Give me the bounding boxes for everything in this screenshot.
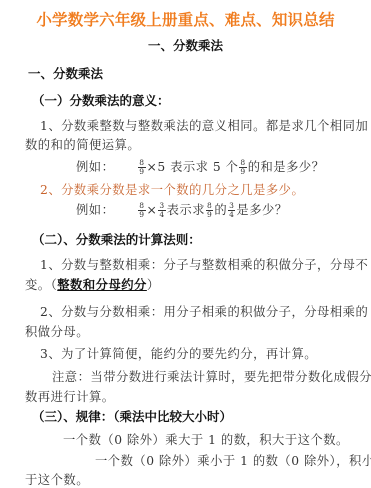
fraction: 34 (228, 202, 235, 219)
fraction: 89 (138, 159, 145, 176)
paragraph-line: 变。（整数和分母约分） (25, 275, 160, 293)
example-label: 例如： (76, 160, 114, 174)
example-line: 例如： 89×34表示求89的34是多少？ (76, 200, 288, 219)
chapter-subtitle: 一、分数乘法 (0, 36, 371, 54)
note-line: 数再进行计算。 (25, 387, 115, 405)
paragraph-line: 2、分数与分数相乘：用分子相乘的积做分子，分母相乘的 (40, 302, 368, 320)
paragraph-line: 3、为了计算简便，能约分的要先约分，再计算。 (40, 344, 317, 362)
note-line: 注意：当带分数进行乘法计算时，要先把带分数化成假分 (52, 367, 371, 385)
paragraph-line: 数的和的简便运算。 (25, 135, 140, 153)
fraction: 89 (206, 202, 213, 219)
document-title: 小学数学六年级上册重点、难点、知识总结 (0, 8, 371, 30)
fraction: 89 (239, 159, 246, 176)
paragraph-line: 1、分数乘整数与整数乘法的意义相同。都是求几个相同加 (40, 116, 368, 134)
highlighted-definition: 2、分数乘分数是求一个数的几分之几是多少。 (40, 180, 304, 198)
subsection-heading-rules: （二）、分数乘法的计算法则： (32, 230, 201, 248)
section-heading: 一、分数乘法 (28, 64, 103, 82)
fraction: 89 (138, 202, 145, 219)
rule-line: 一个数（0 除外）乘小于 1 的数（0 除外），积小 (95, 451, 371, 469)
rule-line: 于这个数。 (25, 470, 89, 488)
subsection-heading-meaning: （一）分数乘法的意义： (32, 91, 170, 109)
subsection-heading-patterns: （三）、规律：（乘法中比较大小时） (32, 407, 232, 425)
paragraph-line: 1、分数与整数相乘：分子与整数相乘的积做分子，分母不 (40, 255, 368, 273)
example-line: 例如： 89×5 表示求 5 个89的和是多少？ (76, 157, 324, 176)
fraction: 34 (158, 202, 165, 219)
emphasis-underlined: 整数和分母约分 (57, 278, 147, 292)
paragraph-line: 积做分母。 (25, 322, 89, 340)
rule-line: 一个数（0 除外）乘大于 1 的数，积大于这个数。 (63, 430, 349, 448)
document-page: 小学数学六年级上册重点、难点、知识总结 一、分数乘法 一、分数乘法 （一）分数乘… (0, 0, 371, 488)
example-label: 例如： (76, 203, 114, 217)
